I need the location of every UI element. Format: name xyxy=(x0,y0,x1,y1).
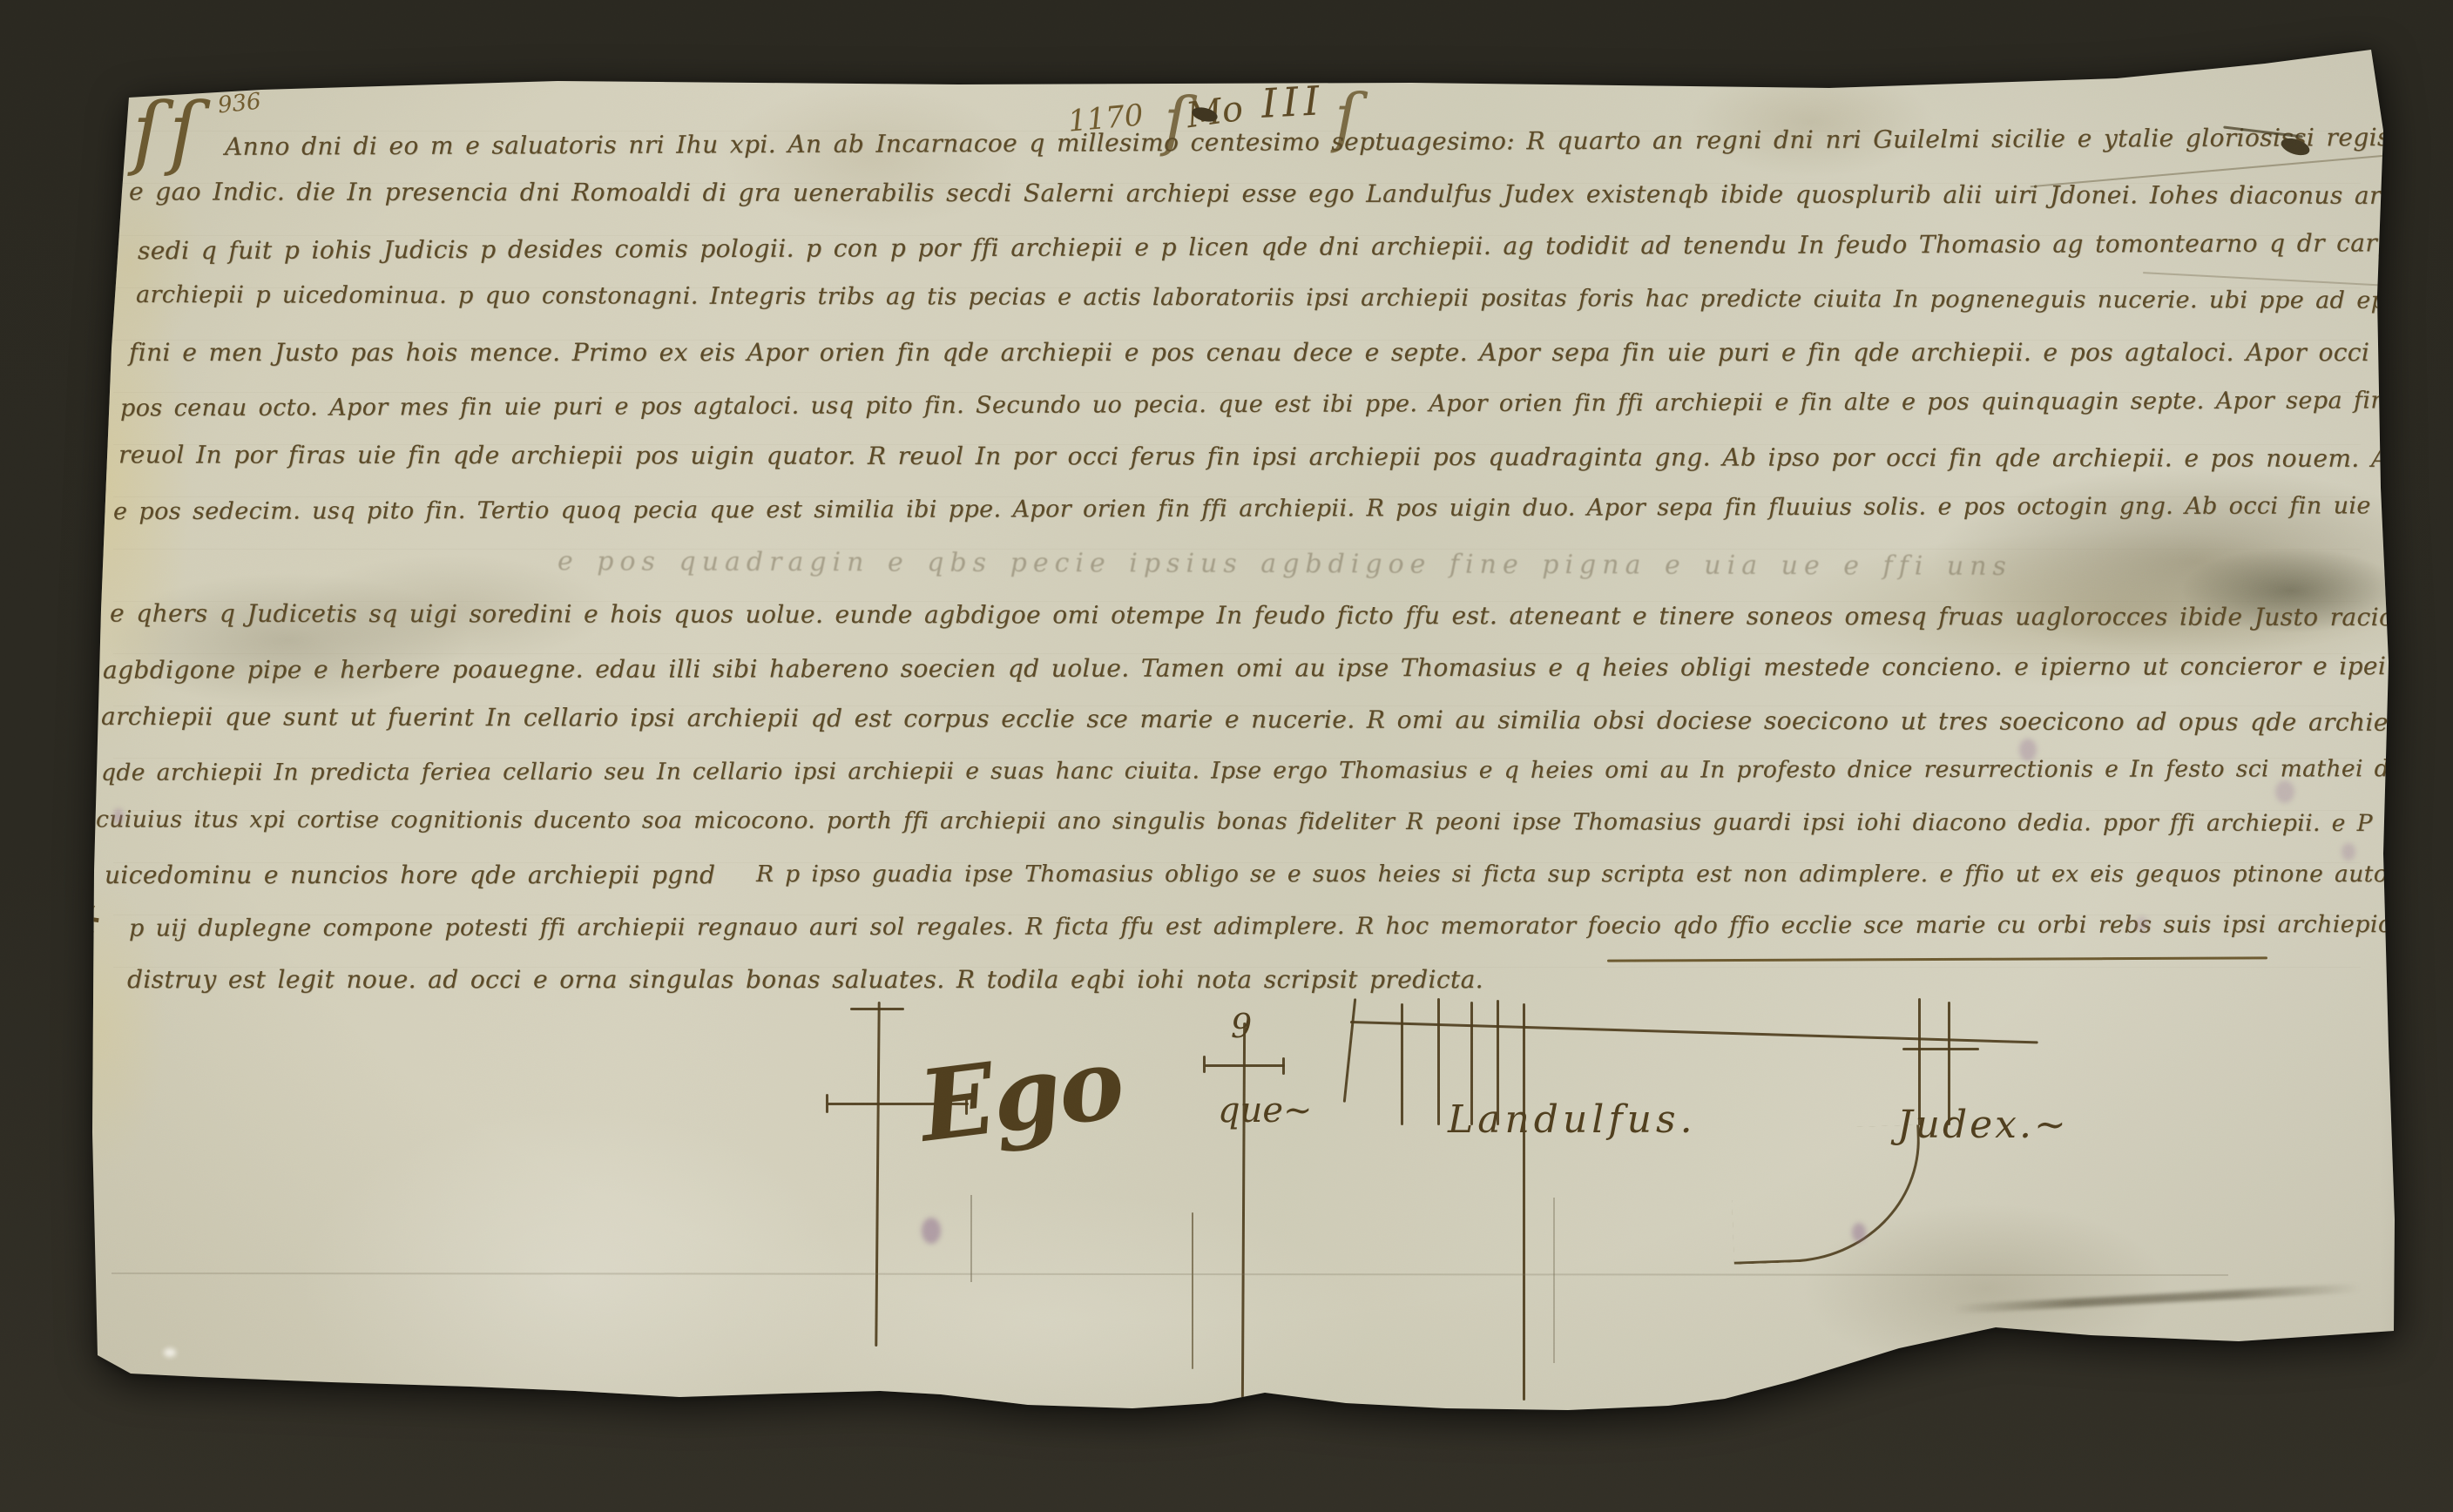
crease-line xyxy=(970,1195,972,1282)
charter-text-line: e qhers q Judicetis sq uigi soredini e h… xyxy=(110,599,2453,632)
mold-spot xyxy=(2019,739,2037,761)
notarial-cross-2-crossbar xyxy=(1205,1064,1285,1067)
landulfus-tall-stroke xyxy=(1437,998,1440,1125)
mold-spot xyxy=(2394,733,2404,747)
charter-text-line: R p ipso guadia ipse Thomasius obligo se… xyxy=(756,861,2453,888)
signature-landulfus: Landulfus. xyxy=(1448,1097,1697,1142)
charter-text-line: p uij duplegne compone potesti ffi archi… xyxy=(129,910,2453,942)
charter-text-line: reuol In por firas uie fin qde archiepii… xyxy=(118,440,2453,473)
mold-spot xyxy=(2275,780,2294,803)
archival-number: 936 xyxy=(217,88,263,118)
cross-serif xyxy=(1203,1056,1206,1073)
charter-text-line: uicedominu e nuncios hore qde archiepii … xyxy=(105,861,715,889)
cross-serif xyxy=(1282,1057,1285,1075)
faint-descender-stroke xyxy=(1192,1212,1193,1369)
charter-text-line: distruy est legit noue. ad occi e orna s… xyxy=(127,965,1483,994)
charter-text-line: e gao Indic. die In presencia dni Romoal… xyxy=(129,177,2453,210)
landulfus-tall-stroke xyxy=(1401,1003,1403,1125)
mold-spot xyxy=(922,1218,941,1244)
landulfus-descender-stroke xyxy=(1523,1003,1525,1401)
charter-text-line: qde archiepii In predicta feriea cellari… xyxy=(101,754,2453,786)
judex-crossbar xyxy=(1902,1048,1979,1050)
mold-spot xyxy=(1852,1223,1866,1242)
mold-spot xyxy=(2341,843,2355,861)
mold-spot xyxy=(2136,916,2148,932)
roman-numeral-annotation: III xyxy=(1260,77,1326,127)
charter-text-line: agbdigone pipe e herbere poauegne. edau … xyxy=(103,651,2453,684)
signature-judex: Judex.~ xyxy=(1897,1103,2069,1147)
que-flourish: 9 xyxy=(1231,1007,1252,1045)
opening-flourish: ſſ xyxy=(132,85,206,179)
charter-text-line: cuiuius itus xpi cortise cognitionis duc… xyxy=(96,806,2453,837)
charter-text-line: fini e men Justo pas hois mence. Primo e… xyxy=(129,338,2453,367)
crease-line xyxy=(1553,1198,1555,1363)
faded-text-line: e pos quadragin e qbs pecie ipsius agbdi… xyxy=(557,546,2012,582)
margin-hash-mark: # xyxy=(50,889,106,962)
notarial-cross-1-topbar xyxy=(850,1008,904,1010)
cross-serif xyxy=(826,1094,828,1113)
photograph-background: ſſ 936 1170 ſ Mo III ſ # Anno dni di eo … xyxy=(0,0,2453,1512)
white-speck xyxy=(164,1348,176,1357)
parchment: ſſ 936 1170 ſ Mo III ſ # Anno dni di eo … xyxy=(0,0,2453,1512)
signature-que: que~ xyxy=(1218,1090,1313,1131)
parchment-wrapper: ſſ 936 1170 ſ Mo III ſ # Anno dni di eo … xyxy=(0,0,2453,1512)
mold-spot xyxy=(113,808,124,824)
